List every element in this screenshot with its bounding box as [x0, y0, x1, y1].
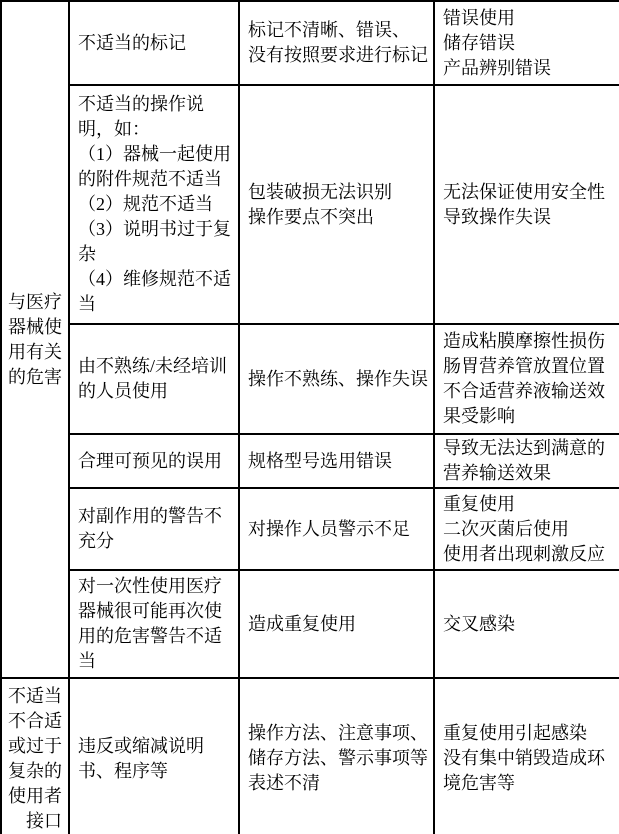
consequence-cell-foreseeable-misuse: 导致无法达到满意的 营养输送效果	[434, 434, 619, 488]
table-row: 与医疗 器械使 用有关 的危害 不适当的标记 标记不清晰、错误、 没有按照要求进…	[1, 1, 619, 85]
hazard-cell-improper-marking: 不适当的标记	[69, 1, 239, 85]
table-row: 不适当 不合适 或过于 复杂的 使用者 接口 违反或缩减说明 书、程序等 操作方…	[1, 678, 619, 834]
sequence-cell-insufficient-side-effect-warning: 对操作人员警示不足	[239, 488, 434, 570]
hazard-cell-untrained-users: 由不熟练/未经培训 的人员使用	[69, 324, 239, 434]
hazard-cell-violating-instructions: 违反或缩减说明 书、程序等	[69, 678, 239, 834]
consequence-cell-untrained-users: 造成粘膜摩擦性损伤 肠胃营养管放置位置 不合适营养液输送效 果受影响	[434, 324, 619, 434]
sequence-cell-untrained-users: 操作不熟练、操作失误	[239, 324, 434, 434]
hazard-analysis-table: 与医疗 器械使 用有关 的危害 不适当的标记 标记不清晰、错误、 没有按照要求进…	[0, 0, 619, 834]
consequence-cell-single-use-reuse-warning: 交叉感染	[434, 570, 619, 678]
consequence-cell-improper-marking: 错误使用 储存错误 产品辨别错误	[434, 1, 619, 85]
table-row: 合理可预见的误用 规格型号选用错误 导致无法达到满意的 营养输送效果	[1, 434, 619, 488]
table-row: 对一次性使用医疗 器械很可能再次使 用的危害警告不适 当 造成重复使用 交叉感染	[1, 570, 619, 678]
category-cell-device-use-hazards: 与医疗 器械使 用有关 的危害	[1, 1, 69, 678]
hazard-cell-foreseeable-misuse: 合理可预见的误用	[69, 434, 239, 488]
consequence-cell-improper-instructions: 无法保证使用安全性 导致操作失误	[434, 85, 619, 324]
category-cell-user-interface: 不适当 不合适 或过于 复杂的 使用者 接口	[1, 678, 69, 834]
consequence-cell-violating-instructions: 重复使用引起感染 没有集中销毁造成环 境危害等	[434, 678, 619, 834]
hazard-cell-single-use-reuse-warning: 对一次性使用医疗 器械很可能再次使 用的危害警告不适 当	[69, 570, 239, 678]
hazard-cell-improper-instructions: 不适当的操作说 明，如： （1）器械一起使用 的附件规范不适当 （2）规范不适当…	[69, 85, 239, 324]
sequence-cell-foreseeable-misuse: 规格型号选用错误	[239, 434, 434, 488]
consequence-cell-insufficient-side-effect-warning: 重复使用 二次灭菌后使用 使用者出现刺激反应	[434, 488, 619, 570]
sequence-cell-single-use-reuse-warning: 造成重复使用	[239, 570, 434, 678]
hazard-cell-insufficient-side-effect-warning: 对副作用的警告不 充分	[69, 488, 239, 570]
sequence-cell-improper-marking: 标记不清晰、错误、 没有按照要求进行标记	[239, 1, 434, 85]
sequence-cell-violating-instructions: 操作方法、注意事项、 储存方法、警示事项等 表述不清	[239, 678, 434, 834]
sequence-cell-improper-instructions: 包装破损无法识别 操作要点不突出	[239, 85, 434, 324]
table-row: 对副作用的警告不 充分 对操作人员警示不足 重复使用 二次灭菌后使用 使用者出现…	[1, 488, 619, 570]
table-row: 由不熟练/未经培训 的人员使用 操作不熟练、操作失误 造成粘膜摩擦性损伤 肠胃营…	[1, 324, 619, 434]
table-row: 不适当的操作说 明，如： （1）器械一起使用 的附件规范不适当 （2）规范不适当…	[1, 85, 619, 324]
